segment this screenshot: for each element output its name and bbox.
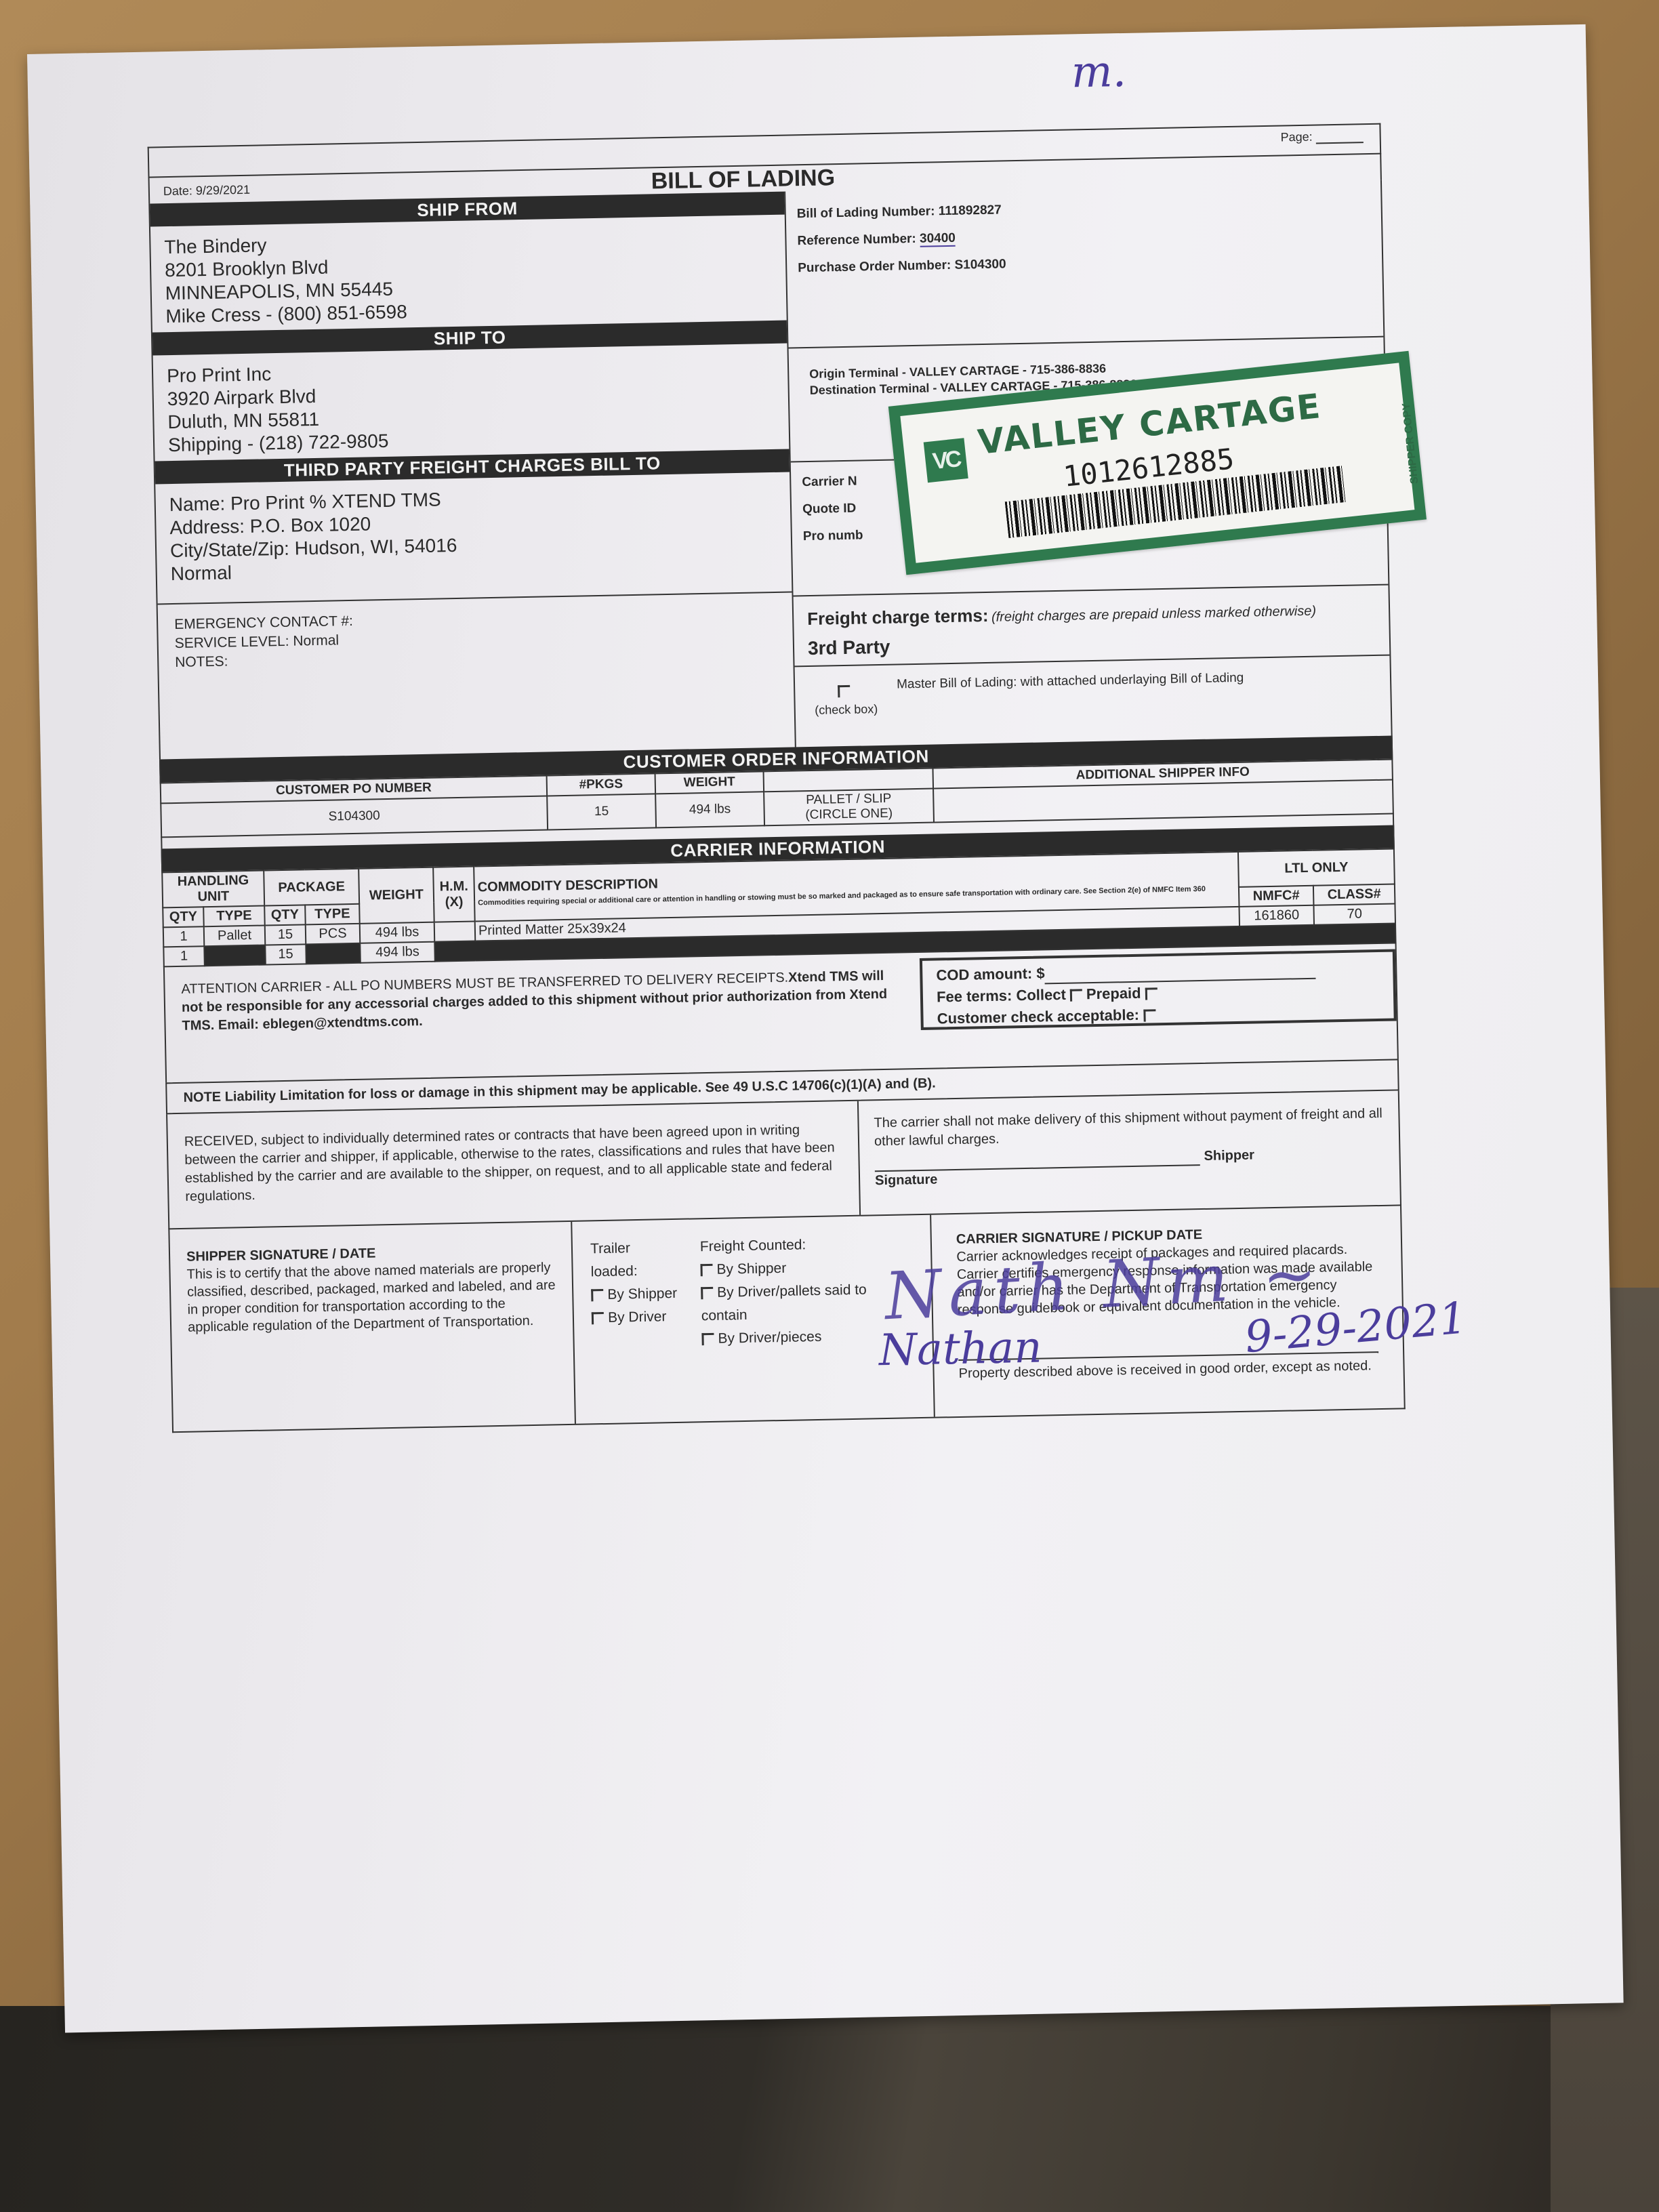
master-bol-checkbox[interactable] [838, 685, 850, 697]
prepaid-checkbox[interactable] [1145, 987, 1158, 1000]
page-label: Page: [1280, 130, 1312, 144]
freight-terms: Freight charge terms: (freight charges a… [794, 584, 1390, 668]
attention-block: ATTENTION CARRIER - ALL PO NUMBERS MUST … [163, 943, 1399, 1082]
bol-form: Page: Date: 9/29/2021 BILL OF LADING SHI… [148, 123, 1406, 1433]
col-pkgs: #PKGS [547, 773, 656, 796]
master-bol-text: Master Bill of Lading: with attached und… [897, 671, 1244, 693]
freight-terms-value: 3rd Party [808, 627, 1376, 659]
pkgs-value: 15 [547, 794, 656, 829]
delivery-text: The carrier shall not make delivery of t… [874, 1105, 1384, 1151]
collect-checkbox[interactable] [1070, 989, 1082, 1002]
pallet-slip-field[interactable]: PALLET / SLIP(CIRCLE ONE) [764, 789, 934, 826]
freight-counted: Freight Counted: By Shipper By Driver/pa… [700, 1231, 916, 1405]
shipper-signature-block: SHIPPER SIGNATURE / DATE This is to cert… [169, 1222, 576, 1431]
ltl-only-header: LTL ONLY [1238, 848, 1395, 886]
weight-header: WEIGHT [359, 867, 434, 924]
counted-by-driver-pieces-checkbox[interactable] [701, 1333, 714, 1345]
class-value: 70 [1313, 903, 1395, 924]
package-header: PACKAGE [264, 869, 359, 906]
trailer-by-shipper-checkbox[interactable] [591, 1289, 603, 1301]
freight-terms-note: (freight charges are prepaid unless mark… [991, 604, 1316, 625]
weight-value: 494 lbs [655, 792, 764, 827]
third-party-address: Name: Pro Print % XTEND TMS Address: P.O… [155, 472, 792, 604]
reference-number-value: 30400 [920, 231, 956, 247]
emergency-block: EMERGENCY CONTACT #: SERVICE LEVEL: Norm… [158, 591, 795, 755]
hm-header: H.M.(X) [433, 867, 475, 922]
loading-block: Trailer loaded: By Shipper By Driver Fre… [572, 1215, 935, 1424]
handwritten-mark: m. [1071, 47, 1126, 98]
shipper-signature-text: This is to certify that the above named … [186, 1258, 556, 1336]
received-text: RECEIVED, subject to individually determ… [167, 1101, 861, 1229]
vc-logo-icon: VC [924, 438, 968, 483]
reference-numbers: Bill of Lading Number: 111892827 Referen… [785, 180, 1383, 349]
shipper-copy-label: SHIPPER COPY [1401, 403, 1422, 485]
background-floor [0, 2006, 1659, 2212]
counted-by-driver-pallets-checkbox[interactable] [701, 1287, 713, 1299]
trailer-by-driver-checkbox[interactable] [592, 1312, 604, 1324]
handwritten-name: Nathan [878, 1323, 1042, 1376]
customer-check-checkbox[interactable] [1143, 1009, 1155, 1021]
handling-unit-header: HANDLING UNIT [162, 871, 264, 908]
address-column: SHIP FROM The Bindery 8201 Brooklyn Blvd… [148, 192, 796, 760]
document-date: Date: 9/29/2021 [163, 183, 250, 199]
po-number-value: S104300 [954, 257, 1006, 272]
bol-number-value: 111892827 [938, 203, 1001, 218]
freight-terms-label: Freight charge terms: [807, 605, 989, 629]
attention-text: ATTENTION CARRIER - ALL PO NUMBERS MUST … [165, 953, 922, 1082]
received-block: RECEIVED, subject to individually determ… [166, 1090, 1401, 1229]
nmfc-value: 161860 [1239, 905, 1314, 926]
counted-by-shipper-checkbox[interactable] [700, 1264, 712, 1276]
bill-of-lading-paper: m. Page: Date: 9/29/2021 BILL OF LADING … [27, 24, 1624, 2033]
cod-box: COD amount: $ Fee terms: Collect Prepaid… [920, 949, 1397, 1029]
master-bol: (check box) Master Bill of Lading: with … [795, 656, 1391, 747]
page-field[interactable]: Page: [1280, 129, 1363, 144]
col-weight: WEIGHT [655, 771, 764, 794]
document-title: BILL OF LADING [651, 165, 835, 194]
delivery-block: The carrier shall not make delivery of t… [859, 1090, 1400, 1214]
class-header: CLASS# [1313, 884, 1395, 905]
ship-from-address: The Bindery 8201 Brooklyn Blvd MINNEAPOL… [150, 215, 787, 333]
col-pallet-slip [764, 769, 934, 792]
trailer-loaded: Trailer loaded: By Shipper By Driver [590, 1236, 683, 1407]
checkbox-caption: (check box) [809, 702, 884, 718]
nmfc-header: NMFC# [1239, 886, 1314, 907]
ship-to-address: Pro Print Inc 3920 Airpark Blvd Duluth, … [153, 344, 790, 462]
